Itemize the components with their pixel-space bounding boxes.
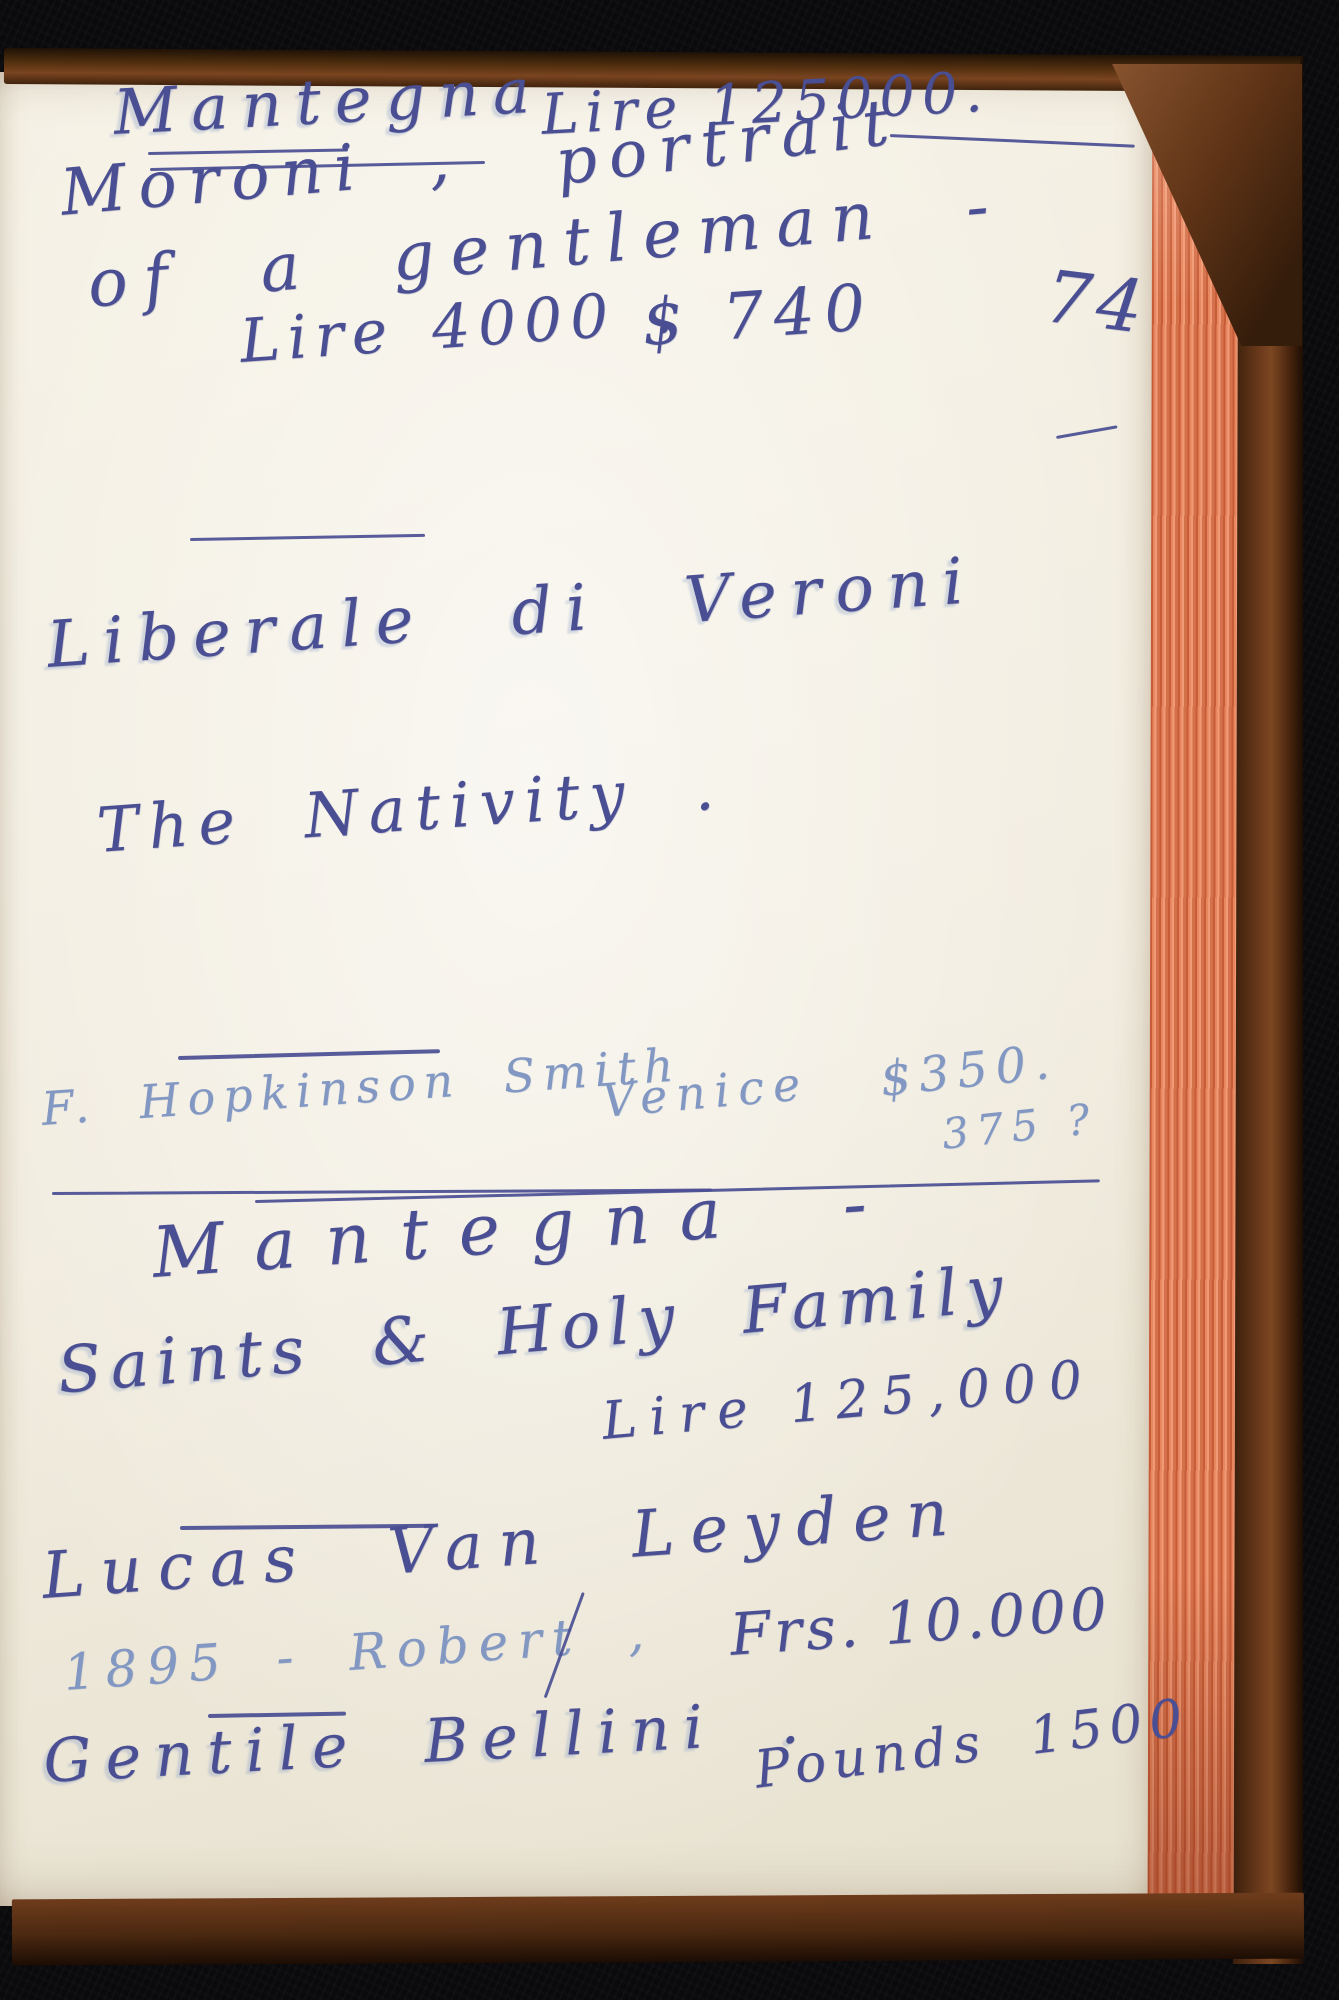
book-cover-bottom-edge: [12, 1893, 1304, 1966]
entry-moroni-price-usd: $ 740: [640, 276, 877, 356]
book-page-edges: [1148, 86, 1239, 1900]
photo-background: Mantegna Lire 125000. Moroni , portrait …: [0, 0, 1339, 2000]
page-number: 74: [1041, 260, 1153, 344]
